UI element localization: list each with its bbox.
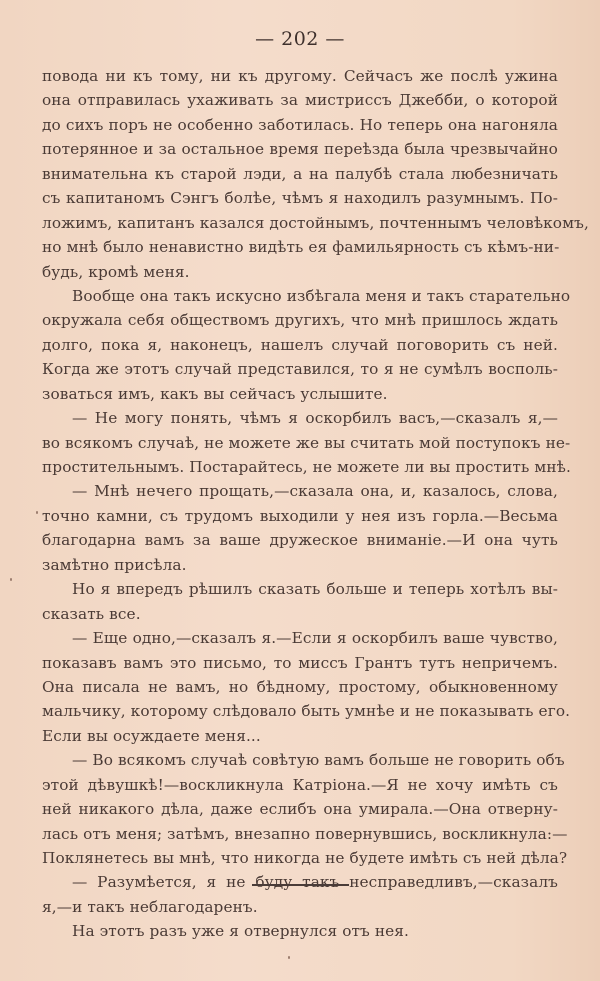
text-line: повода ни къ тому, ни къ другому. Сейчас…	[42, 64, 558, 88]
body-text: повода ни къ тому, ни къ другому. Сейчас…	[42, 64, 558, 944]
paper-speck	[36, 511, 38, 514]
text-line: зоваться имъ, какъ вы сейчасъ услышите.	[42, 382, 558, 406]
text-line: — Разумѣется, я не буду такъ несправедли…	[42, 870, 558, 894]
text-line: Если вы осуждаете меня...	[42, 724, 558, 748]
text-line: благодарна вамъ за ваше дружеское вниман…	[42, 528, 558, 552]
page-number: — 202 —	[0, 28, 600, 50]
text-line: лась отъ меня; затѣмъ, внезапно повернув…	[42, 822, 558, 846]
text-line: — Мнѣ нечего прощать,—сказала она, и, ка…	[42, 479, 558, 503]
text-line: сказать все.	[42, 602, 558, 626]
text-line: но мнѣ было ненавистно видѣть ея фамилья…	[42, 235, 558, 259]
text-line: — Не могу понять, чѣмъ я оскорбилъ васъ,…	[42, 406, 558, 430]
text-line: долго, пока я, наконецъ, нашелъ случай п…	[42, 333, 558, 357]
text-line: мальчику, которому слѣдовало быть умнѣе …	[42, 699, 558, 723]
text-line: — Во всякомъ случаѣ совѣтую вамъ больше …	[42, 748, 558, 772]
text-line: показавъ вамъ это письмо, то миссъ Грант…	[42, 651, 558, 675]
text-line: окружала себя обществомъ другихъ, что мн…	[42, 308, 558, 332]
text-line: простительнымъ. Постарайтесь, не можете …	[42, 455, 558, 479]
text-line: точно камни, съ трудомъ выходили у нея и…	[42, 504, 558, 528]
text-line: съ капитаномъ Сэнгъ болѣе, чѣмъ я находи…	[42, 186, 558, 210]
text-line: будь, кромѣ меня.	[42, 260, 558, 284]
text-line: Когда же этотъ случай представился, то я…	[42, 357, 558, 381]
text-line: потерянное и за остальное время переѣзда…	[42, 137, 558, 161]
text-line: внимательна къ старой лэди, а на палубѣ …	[42, 162, 558, 186]
text-line: Она писала не вамъ, но бѣдному, простому…	[42, 675, 558, 699]
text-line: Но я впередъ рѣшилъ сказать больше и теп…	[42, 577, 558, 601]
text-line: во всякомъ случаѣ, не можете же вы счита…	[42, 431, 558, 455]
text-line: Вообще она такъ искусно избѣгала меня и …	[42, 284, 558, 308]
paper-speck	[10, 578, 12, 581]
text-line: На этотъ разъ уже я отвернулся отъ нея.	[42, 919, 558, 943]
text-line: замѣтно присѣла.	[42, 553, 558, 577]
text-line: ней никакого дѣла, даже еслибъ она умира…	[42, 797, 558, 821]
text-line: я,—и такъ неблагодаренъ.	[42, 895, 558, 919]
text-line: этой дѣвушкѣ!—воскликнула Катріона.—Я не…	[42, 773, 558, 797]
text-line: Поклянетесь вы мнѣ, что никогда не будет…	[42, 846, 558, 870]
text-line: ложимъ, капитанъ казался достойнымъ, поч…	[42, 211, 558, 235]
book-page: — 202 — повода ни къ тому, ни къ другому…	[0, 0, 600, 981]
paper-speck	[288, 956, 290, 959]
section-end-rule	[252, 884, 349, 886]
text-line: — Еще одно,—сказалъ я.—Если я оскорбилъ …	[42, 626, 558, 650]
text-line: до сихъ поръ не особенно заботилась. Но …	[42, 113, 558, 137]
text-line: она отправилась ухаживать за мистриссъ Д…	[42, 88, 558, 112]
